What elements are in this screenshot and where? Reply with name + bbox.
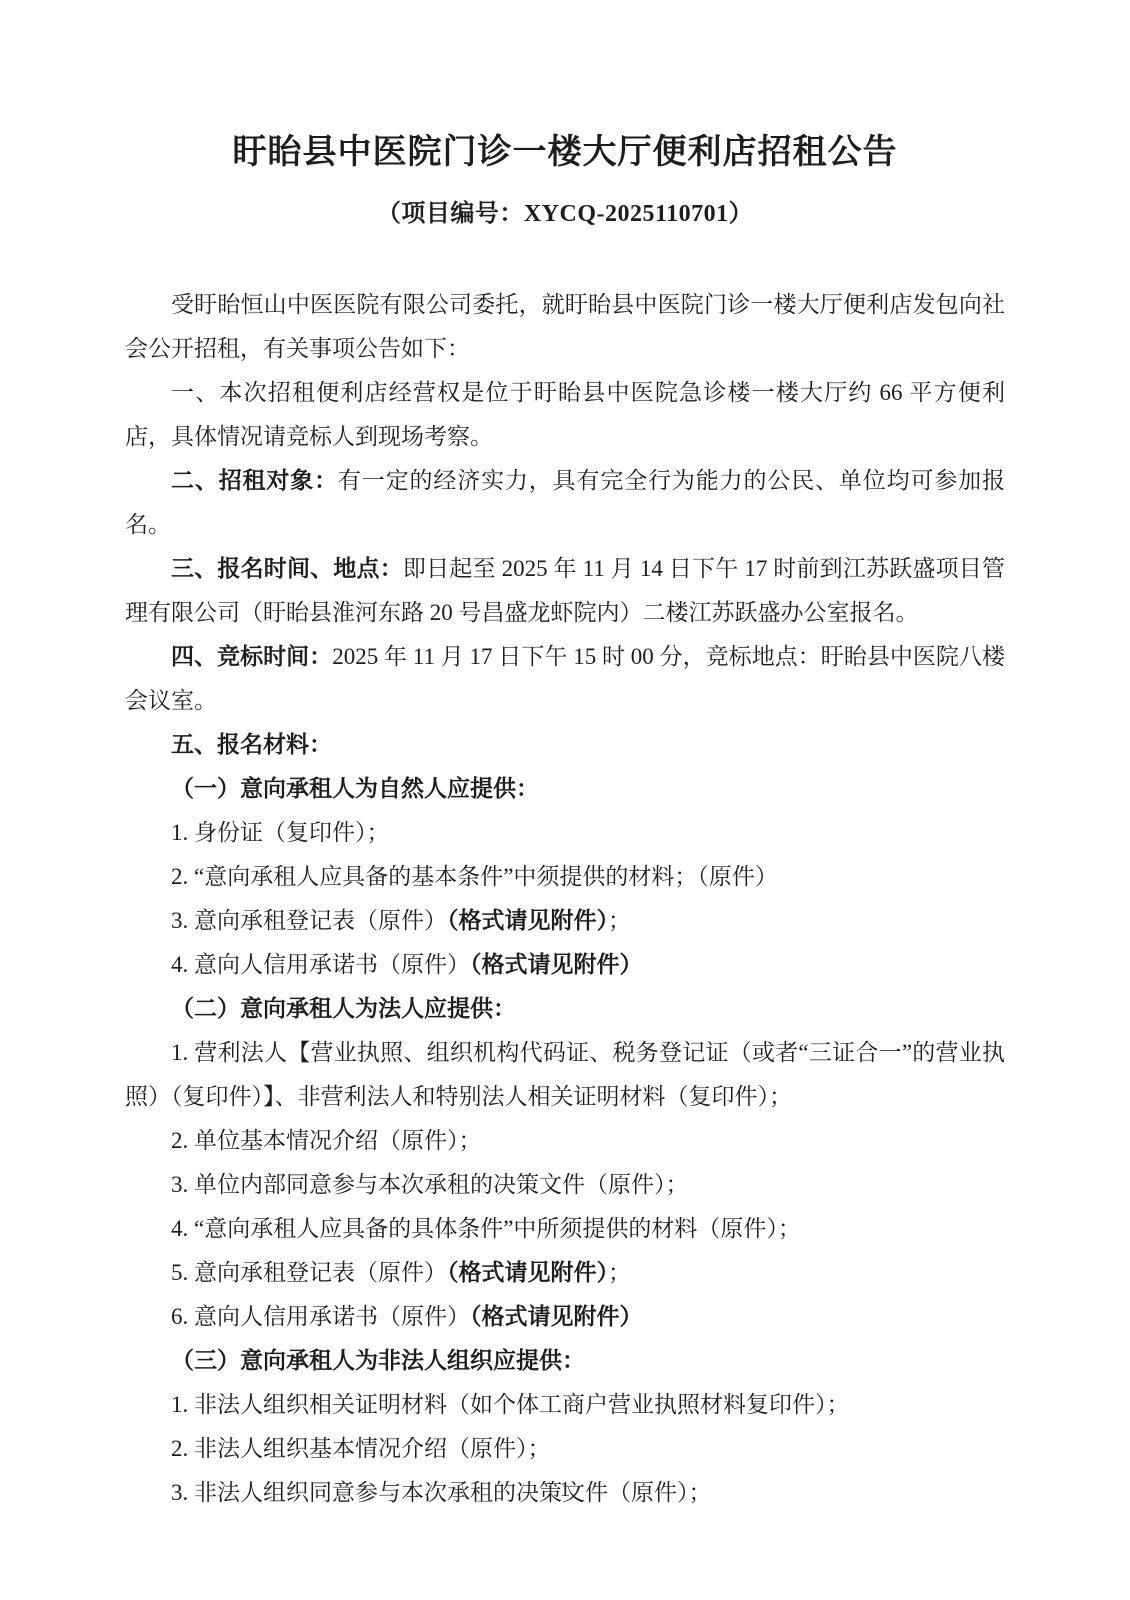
doc-text: 4. “意向承租人应具备的具体条件”中所须提供的材料（原件）； bbox=[171, 1216, 801, 1241]
doc-text: 1. 营利法人【营业执照、组织机构代码证、税务登记证（或者“三证合一”的营业执照… bbox=[125, 1040, 1005, 1109]
doc-paragraph: 2. 单位基本情况介绍（原件）； bbox=[125, 1119, 1005, 1163]
doc-paragraph: 3. 单位内部同意参与本次承租的决策文件（原件）； bbox=[125, 1163, 1005, 1207]
doc-text: ； bbox=[608, 1260, 631, 1285]
doc-text-bold: （格式请见附件） bbox=[447, 908, 608, 933]
doc-paragraph: （二）意向承租人为法人应提供： bbox=[125, 987, 1005, 1031]
doc-paragraph: 2. “意向承租人应具备的基本条件”中须提供的材料；（原件） bbox=[125, 855, 1005, 899]
document-project-number: （项目编号：XYCQ-2025110701） bbox=[0, 198, 1130, 231]
doc-text: 2. 单位基本情况介绍（原件）； bbox=[171, 1128, 482, 1153]
doc-text: 1. 非法人组织相关证明材料（如个体工商户营业执照材料复印件）； bbox=[171, 1392, 850, 1417]
doc-paragraph: 3. 意向承租登记表（原件）（格式请见附件）； bbox=[125, 899, 1005, 943]
doc-paragraph: 1. 身份证（复印件）； bbox=[125, 811, 1005, 855]
doc-paragraph: 二、招租对象：有一定的经济实力，具有完全行为能力的公民、单位均可参加报名。 bbox=[125, 459, 1005, 547]
page-number: 1 bbox=[0, 1477, 1130, 1501]
doc-text-bold: （三）意向承租人为非法人组织应提供： bbox=[171, 1348, 585, 1373]
doc-text-bold: （格式请见附件） bbox=[447, 1260, 608, 1285]
document-title: 盱眙县中医院门诊一楼大厅便利店招租公告 bbox=[0, 130, 1130, 176]
doc-paragraph: 2. 非法人组织基本情况介绍（原件）； bbox=[125, 1427, 1005, 1471]
doc-text: 2. 非法人组织基本情况介绍（原件）； bbox=[171, 1436, 551, 1461]
doc-paragraph: 一、本次招租便利店经营权是位于盱眙县中医院急诊楼一楼大厅约 66 平方便利店，具… bbox=[125, 371, 1005, 459]
doc-text: ； bbox=[608, 908, 631, 933]
doc-text: 6. 意向人信用承诺书（原件） bbox=[171, 1304, 470, 1329]
doc-text: 2. “意向承租人应具备的基本条件”中须提供的材料；（原件） bbox=[171, 864, 778, 889]
doc-text-bold: （二）意向承租人为法人应提供： bbox=[171, 996, 516, 1021]
doc-paragraph: 6. 意向人信用承诺书（原件）（格式请见附件） bbox=[125, 1295, 1005, 1339]
doc-text: 一、本次招租便利店经营权是位于盱眙县中医院急诊楼一楼大厅约 66 平方便利店，具… bbox=[125, 380, 1005, 449]
doc-text-bold: 四、竞标时间： bbox=[171, 644, 332, 669]
doc-paragraph: 五、报名材料： bbox=[125, 723, 1005, 767]
doc-text: 受盱眙恒山中医医院有限公司委托，就盱眙县中医院门诊一楼大厅便利店发包向社会公开招… bbox=[125, 292, 1005, 361]
document-body: 受盱眙恒山中医医院有限公司委托，就盱眙县中医院门诊一楼大厅便利店发包向社会公开招… bbox=[125, 283, 1005, 1515]
doc-paragraph: （三）意向承租人为非法人组织应提供： bbox=[125, 1339, 1005, 1383]
doc-text-bold: 三、报名时间、地点： bbox=[171, 556, 403, 581]
doc-text: 3. 单位内部同意参与本次承租的决策文件（原件）； bbox=[171, 1172, 689, 1197]
doc-text: 4. 意向人信用承诺书（原件） bbox=[171, 952, 470, 977]
doc-paragraph: 三、报名时间、地点：即日起至 2025 年 11 月 14 日下午 17 时前到… bbox=[125, 547, 1005, 635]
doc-text-bold: （格式请见附件） bbox=[470, 952, 643, 977]
doc-paragraph: （一）意向承租人为自然人应提供： bbox=[125, 767, 1005, 811]
doc-text-bold: 二、招租对象： bbox=[171, 468, 338, 493]
doc-text: 1. 身份证（复印件）； bbox=[171, 820, 390, 845]
doc-text: 5. 意向承租登记表（原件） bbox=[171, 1260, 447, 1285]
scanned-document-page: 盱眙县中医院门诊一楼大厅便利店招租公告 （项目编号：XYCQ-202511070… bbox=[0, 0, 1130, 1600]
doc-paragraph: 5. 意向承租登记表（原件）（格式请见附件）； bbox=[125, 1251, 1005, 1295]
doc-paragraph: 4. 意向人信用承诺书（原件）（格式请见附件） bbox=[125, 943, 1005, 987]
doc-paragraph: 1. 营利法人【营业执照、组织机构代码证、税务登记证（或者“三证合一”的营业执照… bbox=[125, 1031, 1005, 1119]
doc-text-bold: 五、报名材料： bbox=[171, 732, 332, 757]
doc-text-bold: （格式请见附件） bbox=[470, 1304, 643, 1329]
doc-paragraph: 四、竞标时间：2025 年 11 月 17 日下午 15 时 00 分，竞标地点… bbox=[125, 635, 1005, 723]
doc-text-bold: （一）意向承租人为自然人应提供： bbox=[171, 776, 539, 801]
doc-paragraph: 1. 非法人组织相关证明材料（如个体工商户营业执照材料复印件）； bbox=[125, 1383, 1005, 1427]
doc-paragraph: 受盱眙恒山中医医院有限公司委托，就盱眙县中医院门诊一楼大厅便利店发包向社会公开招… bbox=[125, 283, 1005, 371]
doc-paragraph: 4. “意向承租人应具备的具体条件”中所须提供的材料（原件）； bbox=[125, 1207, 1005, 1251]
doc-text: 3. 意向承租登记表（原件） bbox=[171, 908, 447, 933]
